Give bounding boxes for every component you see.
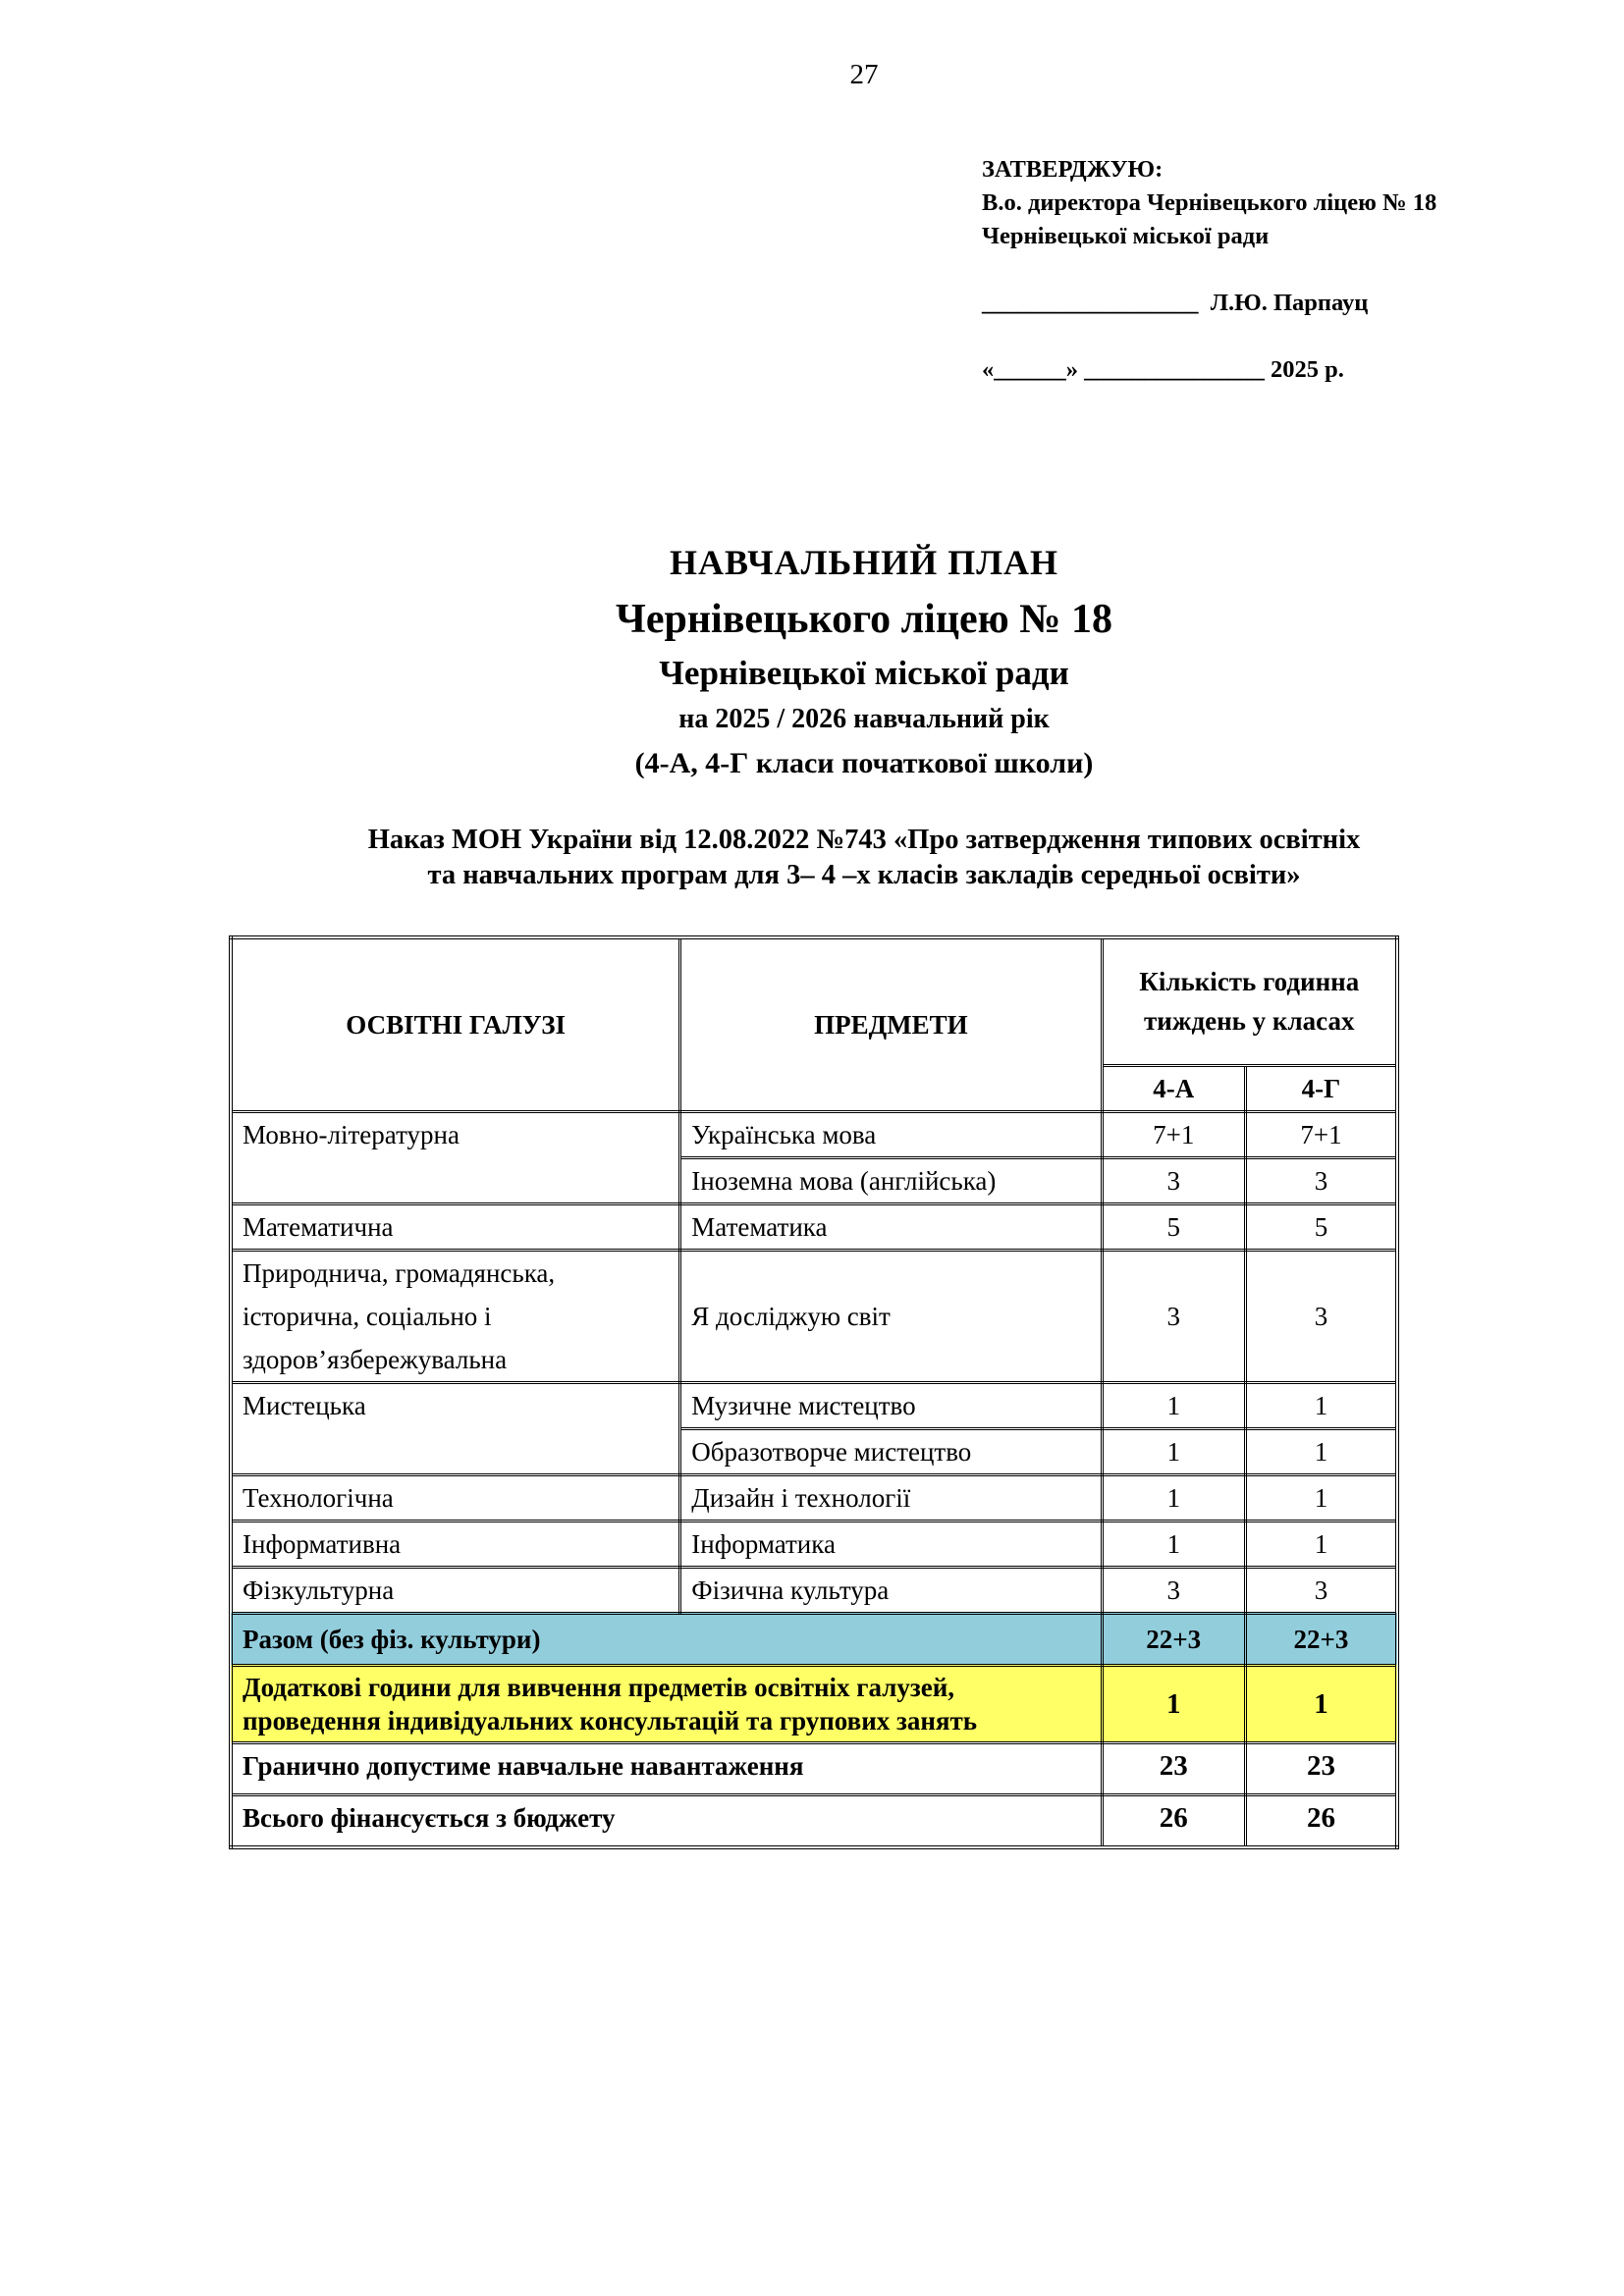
total-label: Разом (без фіз. культури) <box>231 1613 1102 1665</box>
hours-4a-cell: 5 <box>1102 1203 1246 1250</box>
total-4g: 22+3 <box>1246 1613 1398 1665</box>
hours-4a-cell: 1 <box>1102 1428 1246 1474</box>
subject-cell: Фізична культура <box>680 1567 1102 1613</box>
subject-cell: Я досліджую світ <box>680 1250 1102 1382</box>
area-cell: Природнича, громадянська, історична, соц… <box>231 1250 680 1382</box>
extra-hours-4a: 1 <box>1102 1665 1246 1742</box>
subject-cell: Інформатика <box>680 1521 1102 1567</box>
area-cell: Математична <box>231 1203 680 1250</box>
hours-4g-cell: 5 <box>1246 1203 1398 1250</box>
table-row: Природнича, громадянська, історична, соц… <box>231 1250 1397 1382</box>
curriculum-table: ОСВІТНІ ГАЛУЗІ ПРЕДМЕТИ Кількість годинн… <box>229 935 1399 1849</box>
approval-position-line2: Чернівецької міської ради <box>982 220 1436 253</box>
hours-4g-cell: 3 <box>1246 1250 1398 1382</box>
title-line5: (4-А, 4-Г класи початкової школи) <box>0 741 1624 786</box>
budget-4g: 26 <box>1246 1794 1398 1847</box>
approval-signature-line: __________________ Л.Ю. Парпауц <box>982 287 1436 320</box>
hours-4g-cell: 3 <box>1246 1157 1398 1203</box>
header-class-4g: 4-Г <box>1246 1065 1398 1111</box>
hours-4a-cell: 1 <box>1102 1382 1246 1428</box>
hours-4g-cell: 1 <box>1246 1474 1398 1521</box>
hours-4a-cell: 1 <box>1102 1521 1246 1567</box>
title-line2: Чернівецького ліцею № 18 <box>0 590 1624 649</box>
extra-hours-row: Додаткові години для вивчення предметів … <box>231 1665 1397 1742</box>
max-load-4g: 23 <box>1246 1742 1398 1794</box>
title-line4: на 2025 / 2026 навчальний рік <box>0 698 1624 741</box>
subject-cell: Образотворче мистецтво <box>680 1428 1102 1474</box>
order-reference: Наказ МОН України від 12.08.2022 №743 «П… <box>0 823 1624 893</box>
subject-cell: Українська мова <box>680 1111 1102 1157</box>
header-class-4a: 4-А <box>1102 1065 1246 1111</box>
subject-cell: Математика <box>680 1203 1102 1250</box>
title-line3: Чернівецької міської ради <box>0 649 1624 698</box>
max-load-row: Гранично допустиме навчальне навантаженн… <box>231 1742 1397 1794</box>
table-row: Мистецька Музичне мистецтво 1 1 <box>231 1382 1397 1428</box>
table-row: Технологічна Дизайн і технології 1 1 <box>231 1474 1397 1521</box>
area-cell: Мистецька <box>231 1382 680 1474</box>
hours-4a-cell: 3 <box>1102 1250 1246 1382</box>
table-row: Мовно-літературна Українська мова 7+1 7+… <box>231 1111 1397 1157</box>
approval-date-line: «______» _______________ 2025 р. <box>982 353 1436 387</box>
area-cell: Фізкультурна <box>231 1567 680 1613</box>
header-hours: Кількість годинна тиждень у класах <box>1102 937 1397 1065</box>
header-subjects: ПРЕДМЕТИ <box>680 937 1102 1111</box>
max-load-label: Гранично допустиме навчальне навантаженн… <box>231 1742 1102 1794</box>
title-line1: НАВЧАЛЬНИЙ ПЛАН <box>0 535 1624 590</box>
approval-heading: ЗАТВЕРДЖУЮ: <box>982 153 1436 187</box>
hours-4a-cell: 7+1 <box>1102 1111 1246 1157</box>
budget-row: Всього фінансується з бюджету 26 26 <box>231 1794 1397 1847</box>
hours-4a-cell: 1 <box>1102 1474 1246 1521</box>
extra-hours-label: Додаткові години для вивчення предметів … <box>231 1665 1102 1742</box>
subject-cell: Музичне мистецтво <box>680 1382 1102 1428</box>
order-line1: Наказ МОН України від 12.08.2022 №743 «П… <box>0 823 1624 858</box>
budget-label: Всього фінансується з бюджету <box>231 1794 1102 1847</box>
hours-4g-cell: 1 <box>1246 1382 1398 1428</box>
hours-4g-cell: 1 <box>1246 1428 1398 1474</box>
page-number: 27 <box>0 59 1624 91</box>
order-line2: та навчальних програм для 3– 4 –х класів… <box>0 858 1624 893</box>
table-row: Інформативна Інформатика 1 1 <box>231 1521 1397 1567</box>
total-row: Разом (без фіз. культури) 22+3 22+3 <box>231 1613 1397 1665</box>
hours-4a-cell: 3 <box>1102 1567 1246 1613</box>
hours-4g-cell: 3 <box>1246 1567 1398 1613</box>
approval-block: ЗАТВЕРДЖУЮ: В.о. директора Чернівецького… <box>982 153 1436 387</box>
total-4a: 22+3 <box>1102 1613 1246 1665</box>
subject-cell: Дизайн і технології <box>680 1474 1102 1521</box>
extra-hours-4g: 1 <box>1246 1665 1398 1742</box>
budget-4a: 26 <box>1102 1794 1246 1847</box>
document-title: НАВЧАЛЬНИЙ ПЛАН Чернівецького ліцею № 18… <box>0 535 1624 786</box>
area-cell: Технологічна <box>231 1474 680 1521</box>
hours-4g-cell: 7+1 <box>1246 1111 1398 1157</box>
subject-cell: Іноземна мова (англійська) <box>680 1157 1102 1203</box>
area-cell: Інформативна <box>231 1521 680 1567</box>
max-load-4a: 23 <box>1102 1742 1246 1794</box>
hours-4a-cell: 3 <box>1102 1157 1246 1203</box>
approval-position-line1: В.о. директора Чернівецького ліцею № 18 <box>982 187 1436 220</box>
table-row: Фізкультурна Фізична культура 3 3 <box>231 1567 1397 1613</box>
area-cell: Мовно-літературна <box>231 1111 680 1203</box>
header-areas: ОСВІТНІ ГАЛУЗІ <box>231 937 680 1111</box>
table-row: Математична Математика 5 5 <box>231 1203 1397 1250</box>
hours-4g-cell: 1 <box>1246 1521 1398 1567</box>
